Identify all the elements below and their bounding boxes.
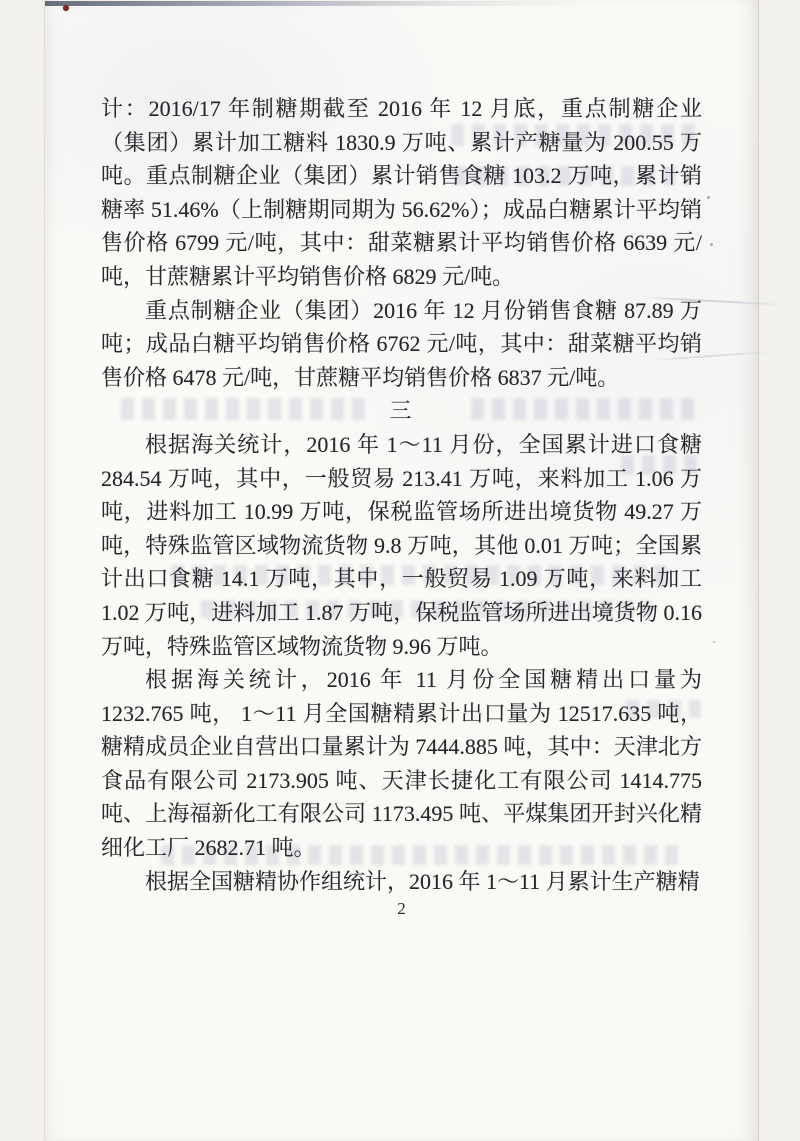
paragraph: 根据全国糖精协作组统计，2016 年 1～11 月累计生产糖精	[101, 865, 702, 899]
paragraph: 根据海关统计，2016 年 11 月份全国糖精出口量为 1232.765 吨， …	[101, 663, 702, 865]
scan-top-edge-artifact	[45, 1, 585, 6]
ink-speck	[710, 243, 713, 246]
section-heading: 三	[101, 394, 702, 428]
red-ink-dot-artifact	[63, 5, 69, 11]
paragraph-continuation: 计：2016/17 年制糖期截至 2016 年 12 月底，重点制糖企业（集团）…	[101, 92, 702, 294]
page-number: 2	[101, 898, 702, 920]
ink-speck	[713, 641, 715, 643]
paragraph: 重点制糖企业（集团）2016 年 12 月份销售食糖 87.89 万吨；成品白糖…	[101, 294, 702, 395]
scanned-document-screenshot: { "document": { "type": "scanned-page", …	[0, 0, 800, 1141]
document-text: 计：2016/17 年制糖期截至 2016 年 12 月底，重点制糖企业（集团）…	[101, 92, 702, 898]
scanned-page: 计：2016/17 年制糖期截至 2016 年 12 月底，重点制糖企业（集团）…	[44, 0, 759, 1141]
ink-speck	[707, 196, 710, 199]
paragraph: 根据海关统计，2016 年 1～11 月份，全国累计进口食糖 284.54 万吨…	[101, 428, 702, 663]
